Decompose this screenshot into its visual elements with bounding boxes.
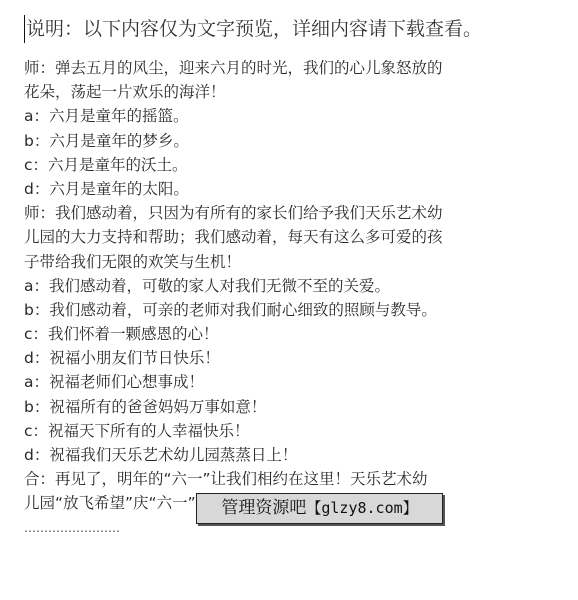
preview-notice: 说明：以下内容仅为文字预览，详细内容请下载查看。: [24, 15, 482, 43]
text-line: c：祝福天下所有的人幸福快乐！: [24, 419, 564, 443]
text-line: a：六月是童年的摇篮。: [24, 104, 564, 128]
text-line: b：六月是童年的梦乡。: [24, 129, 564, 153]
document-body: 师：弹去五月的风尘，迎来六月的时光，我们的心儿象怒放的 花朵，荡起一片欢乐的海洋…: [24, 56, 564, 540]
watermark-label: 管理资源吧: [221, 498, 306, 518]
text-line: c：我们怀着一颗感恩的心！: [24, 322, 564, 346]
text-line: a：祝福老师们心想事成！: [24, 370, 564, 394]
text-line: 合：再见了，明年的“六一”让我们相约在这里！天乐艺术幼: [24, 467, 564, 491]
text-line: d：六月是童年的太阳。: [24, 177, 564, 201]
text-line: 师：弹去五月的风尘，迎来六月的时光，我们的心儿象怒放的: [24, 56, 564, 80]
text-line: d：祝福我们天乐艺术幼儿园蒸蒸日上！: [24, 443, 564, 467]
text-line: d：祝福小朋友们节日快乐！: [24, 346, 564, 370]
watermark-banner: 管理资源吧【glzy8.com】: [196, 493, 443, 524]
text-line: 师：我们感动着，只因为有所有的家长们给予我们天乐艺术幼: [24, 201, 564, 225]
watermark-url: 【glzy8.com】: [306, 499, 417, 517]
text-line: 儿园的大力支持和帮助；我们感动着，每天有这么多可爱的孩: [24, 225, 564, 249]
text-line: b：祝福所有的爸爸妈妈万事如意！: [24, 395, 564, 419]
text-line: a：我们感动着，可敬的家人对我们无微不至的关爱。: [24, 274, 564, 298]
text-line: 子带给我们无限的欢笑与生机！: [24, 250, 564, 274]
text-line: c：六月是童年的沃土。: [24, 153, 564, 177]
text-line: 花朵，荡起一片欢乐的海洋！: [24, 80, 564, 104]
text-line: b：我们感动着，可亲的老师对我们耐心细致的照顾与教导。: [24, 298, 564, 322]
